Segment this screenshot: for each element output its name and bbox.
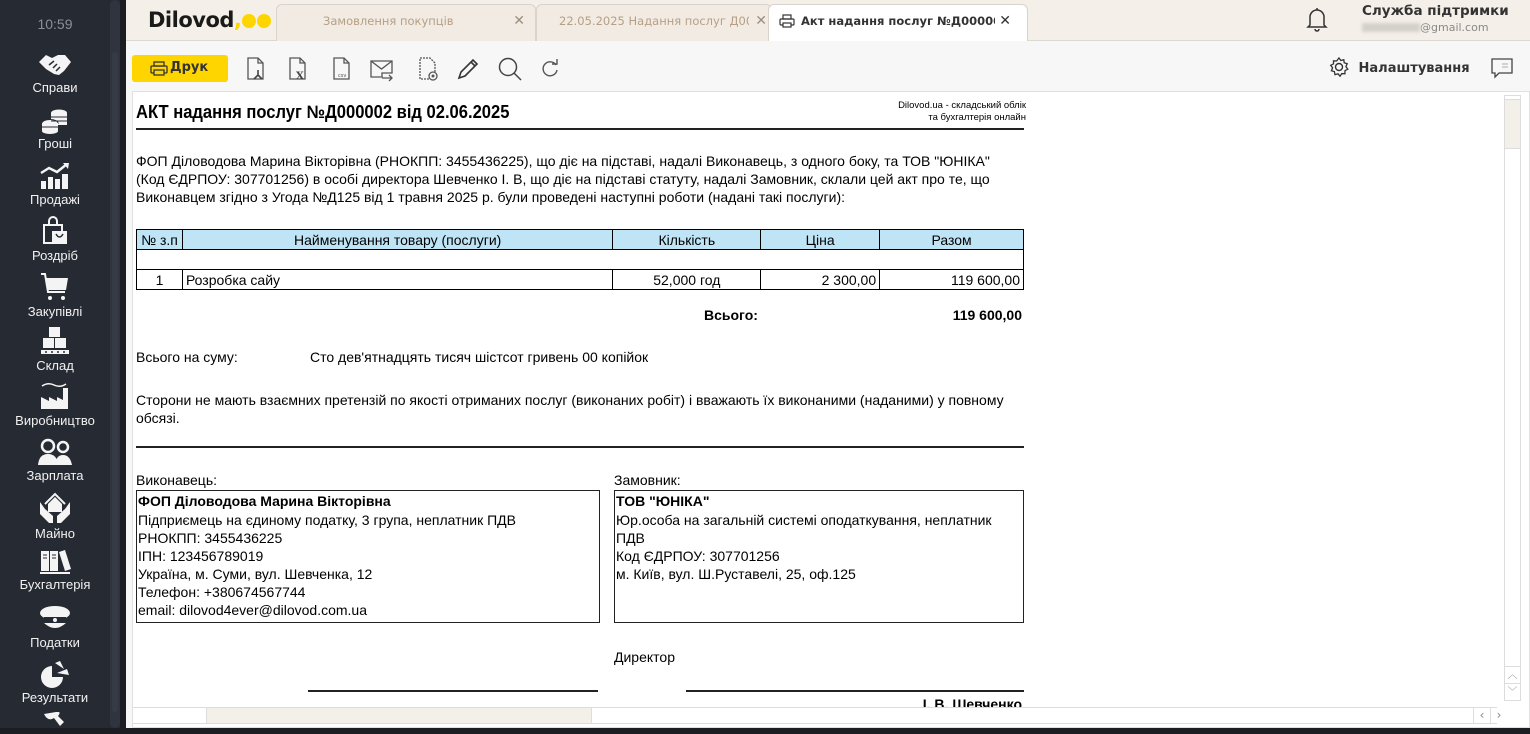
title-divider [136,128,1024,130]
sidebar-item-groshi[interactable]: Гроші [0,108,110,151]
sidebar-item-label: Гроші [0,136,110,151]
export-excel-icon[interactable]: X [284,55,312,83]
sidebar-item-label: Майно [0,526,110,541]
row-number: 1 [137,270,183,290]
svg-text:csv: csv [338,73,346,79]
quantity: 52,000 год [613,270,761,290]
sales-chart-icon [39,162,71,190]
people-icon [37,438,73,466]
tab-label: Замовлення покупців [323,14,503,28]
customer-line: Код ЄДРПОУ: 307701256 [616,547,1022,565]
executor-line: Телефон: +380674567744 [138,583,598,601]
sidebar-item-label: Роздріб [0,248,110,263]
document-title: АКТ надання послуг №Д000002 від 02.06.20… [136,102,509,123]
customer-details: ТОВ "ЮНІКА" Юр.особа на загальній систем… [614,490,1024,623]
table-header-row: № з.п Найменування товару (послуги) Кіль… [137,230,1024,250]
coins-icon [39,108,71,134]
services-table: № з.п Найменування товару (послуги) Кіль… [136,229,1024,290]
customer-line: Юр.особа на загальній системі оподаткува… [616,511,1022,547]
scroll-right-icon[interactable]: › [1490,708,1507,723]
sidebar-item-zakupivli[interactable]: Закупівлі [0,272,110,319]
close-icon[interactable]: ✕ [999,13,1011,29]
property-hands-icon [38,492,72,524]
sidebar-item-label: Зарплата [0,468,110,483]
cart-icon [39,272,71,302]
wrench-icon [40,712,70,726]
brand-line-2: та бухгалтерія онлайн [898,112,1026,124]
sidebar-item-label: Виробництво [0,413,110,428]
settings-label: Налаштування [1359,61,1470,76]
brand-line-1: Dilovod.ua - складський облік [898,100,1026,112]
clock: 10:59 [0,16,110,32]
horizontal-scrollbar[interactable]: ‹ › [133,707,1497,724]
line-total: 119 600,00 [880,270,1024,290]
export-pdf-icon[interactable] [242,55,270,83]
sidebar-scrollbar[interactable] [110,0,120,728]
sidebar-item-tools[interactable] [0,712,110,728]
executor-line: Підприємець на єдиному податку, 3 група,… [138,511,598,529]
executor-line: ІПН: 123456789019 [138,547,598,565]
sidebar-item-label: Справи [0,80,110,95]
scroll-up-icon[interactable]: ︿ [1505,666,1520,683]
printer-icon [779,14,795,28]
executor-line: РНОКПП: 3455436225 [138,529,598,547]
document-brand: Dilovod.ua - складський облік та бухгалт… [898,100,1026,124]
column-header: Разом [880,230,1024,250]
settings-button[interactable]: Налаштування [1328,56,1470,78]
customer-signature-line [686,690,1024,692]
sidebar-item-maino[interactable]: Майно [0,492,110,541]
executor-signature-line [308,690,598,692]
tab-purchase-orders[interactable]: Замовлення покупців ✕ [276,4,536,41]
executor-name: ФОП Діловодова Марина Вікторівна [138,491,598,511]
sidebar-item-zarplata[interactable]: Зарплата [0,438,110,483]
app-window: 10:59 Справи Гроші Продажі Роздріб Закуп… [0,0,1530,734]
main-area: Dilovod, Замовлення покупців ✕ 22.05.202… [126,0,1530,728]
sum-in-words-label: Всього на суму: [136,349,238,365]
factory-icon [38,381,72,411]
vertical-scroll-thumb[interactable] [1505,99,1520,149]
sidebar-item-spravy[interactable]: Справи [0,52,110,95]
close-icon[interactable]: ✕ [755,13,767,29]
table-row: 1 Розробка сайу 52,000 год 2 300,00 119 … [137,270,1024,290]
sidebar-item-label: Результати [0,690,110,705]
sidebar-item-bukhalteria[interactable]: Бухгалтерія [0,549,110,592]
warehouse-boxes-icon [39,326,71,356]
parties-divider [136,446,1024,448]
sidebar-item-label: Бухгалтерія [0,577,110,592]
sidebar: 10:59 Справи Гроші Продажі Роздріб Закуп… [0,0,120,728]
sidebar-item-prodazhi[interactable]: Продажі [0,162,110,207]
no-claims-statement: Сторони не мають взаємних претензій по я… [136,391,1006,427]
executor-line: Україна, м. Суми, вул. Шевченка, 12 [138,565,598,583]
executor-line: email: dilovod4ever@dilovod.com.ua [138,601,598,619]
service-name: Розробка сайу [182,270,612,290]
tab-service-delivery[interactable]: 22.05.2025 Надання послуг Д00 ✕ [536,4,772,41]
sidebar-item-label: Продажі [0,192,110,207]
customer-name: ТОВ "ЮНІКА" [616,491,1022,511]
chat-icon[interactable] [1490,56,1514,80]
total-value: 119 600,00 [953,307,1022,323]
column-header: Ціна [761,230,880,250]
tab-label: Акт надання послуг №Д000002 [801,14,995,28]
close-icon[interactable]: ✕ [513,13,525,29]
refresh-icon[interactable] [536,55,564,83]
logo-text: Dilovod [148,8,234,32]
sidebar-item-label: Податки [0,635,110,650]
support-email: @gmail.com [1362,21,1509,34]
sidebar-item-label: Закупівлі [0,304,110,319]
column-header: Кількість [613,230,761,250]
vertical-scrollbar[interactable]: ︿ ﹀ [1504,95,1521,701]
executor-label: Виконавець: [136,472,217,488]
svg-text:X: X [296,71,304,82]
handshake-icon [37,52,73,78]
edit-pencil-icon[interactable] [454,55,482,83]
document-viewport: АКТ надання послуг №Д000002 від 02.06.20… [132,91,1530,728]
tab-label: 22.05.2025 Надання послуг Д00 [559,14,749,28]
print-label: Друк [170,60,208,75]
tab-service-act[interactable]: Акт надання послуг №Д000002 ✕ [768,4,1028,41]
sum-in-words: Сто дев'ятнадцять тисяч шістсот гривень … [310,349,648,365]
customer-line: м. Київ, вул. Ш.Руставелі, 25, оф.125 [616,565,1022,583]
sidebar-scroll-thumb[interactable] [112,52,118,712]
sidebar-item-rezultaty[interactable]: Результати [0,660,110,705]
search-icon[interactable] [496,55,524,83]
total-label: Всього: [704,307,758,323]
officer-cap-icon [38,603,72,633]
print-button[interactable]: Друк [132,55,228,82]
column-header: Найменування товару (послуги) [182,230,612,250]
support-account[interactable]: Служба підтримки @gmail.com [1362,3,1509,34]
executor-details: ФОП Діловодова Марина Вікторівна Підприє… [136,490,600,623]
column-header: № з.п [137,230,183,250]
export-csv-icon[interactable]: csv [328,55,356,83]
sidebar-item-podatky[interactable]: Податки [0,603,110,650]
scroll-left-icon[interactable]: ‹ [1473,708,1490,723]
sidebar-item-sklad[interactable]: Склад [0,326,110,373]
document-settings-icon[interactable] [414,55,442,83]
sidebar-item-rozdrib[interactable]: Роздріб [0,216,110,263]
document-preamble: ФОП Діловодова Марина Вікторівна (РНОКПП… [136,152,1016,206]
shopping-bag-icon [39,216,71,246]
gear-icon [1328,56,1350,78]
pie-chart-icon [38,660,72,688]
scroll-down-icon[interactable]: ﹀ [1505,683,1520,700]
customer-label: Замовник: [614,472,681,488]
printer-icon [150,61,168,76]
customer-role: Директор [614,649,675,665]
bell-icon[interactable] [1306,6,1328,32]
support-name: Служба підтримки [1362,3,1509,19]
send-email-icon[interactable] [368,55,396,83]
toolbar: Друк X csv Налаштування [126,42,1530,89]
binders-icon [38,549,72,575]
taskbar-strip [0,728,1530,734]
spacer-row [137,250,1024,270]
tab-bar: Dilovod, Замовлення покупців ✕ 22.05.202… [126,0,1530,41]
dilovod-logo[interactable]: Dilovod, [148,8,271,32]
horizontal-scroll-thumb[interactable] [206,708,592,723]
sidebar-item-label: Склад [0,358,110,373]
price: 2 300,00 [761,270,880,290]
sidebar-item-vyrobnytstvo[interactable]: Виробництво [0,381,110,428]
